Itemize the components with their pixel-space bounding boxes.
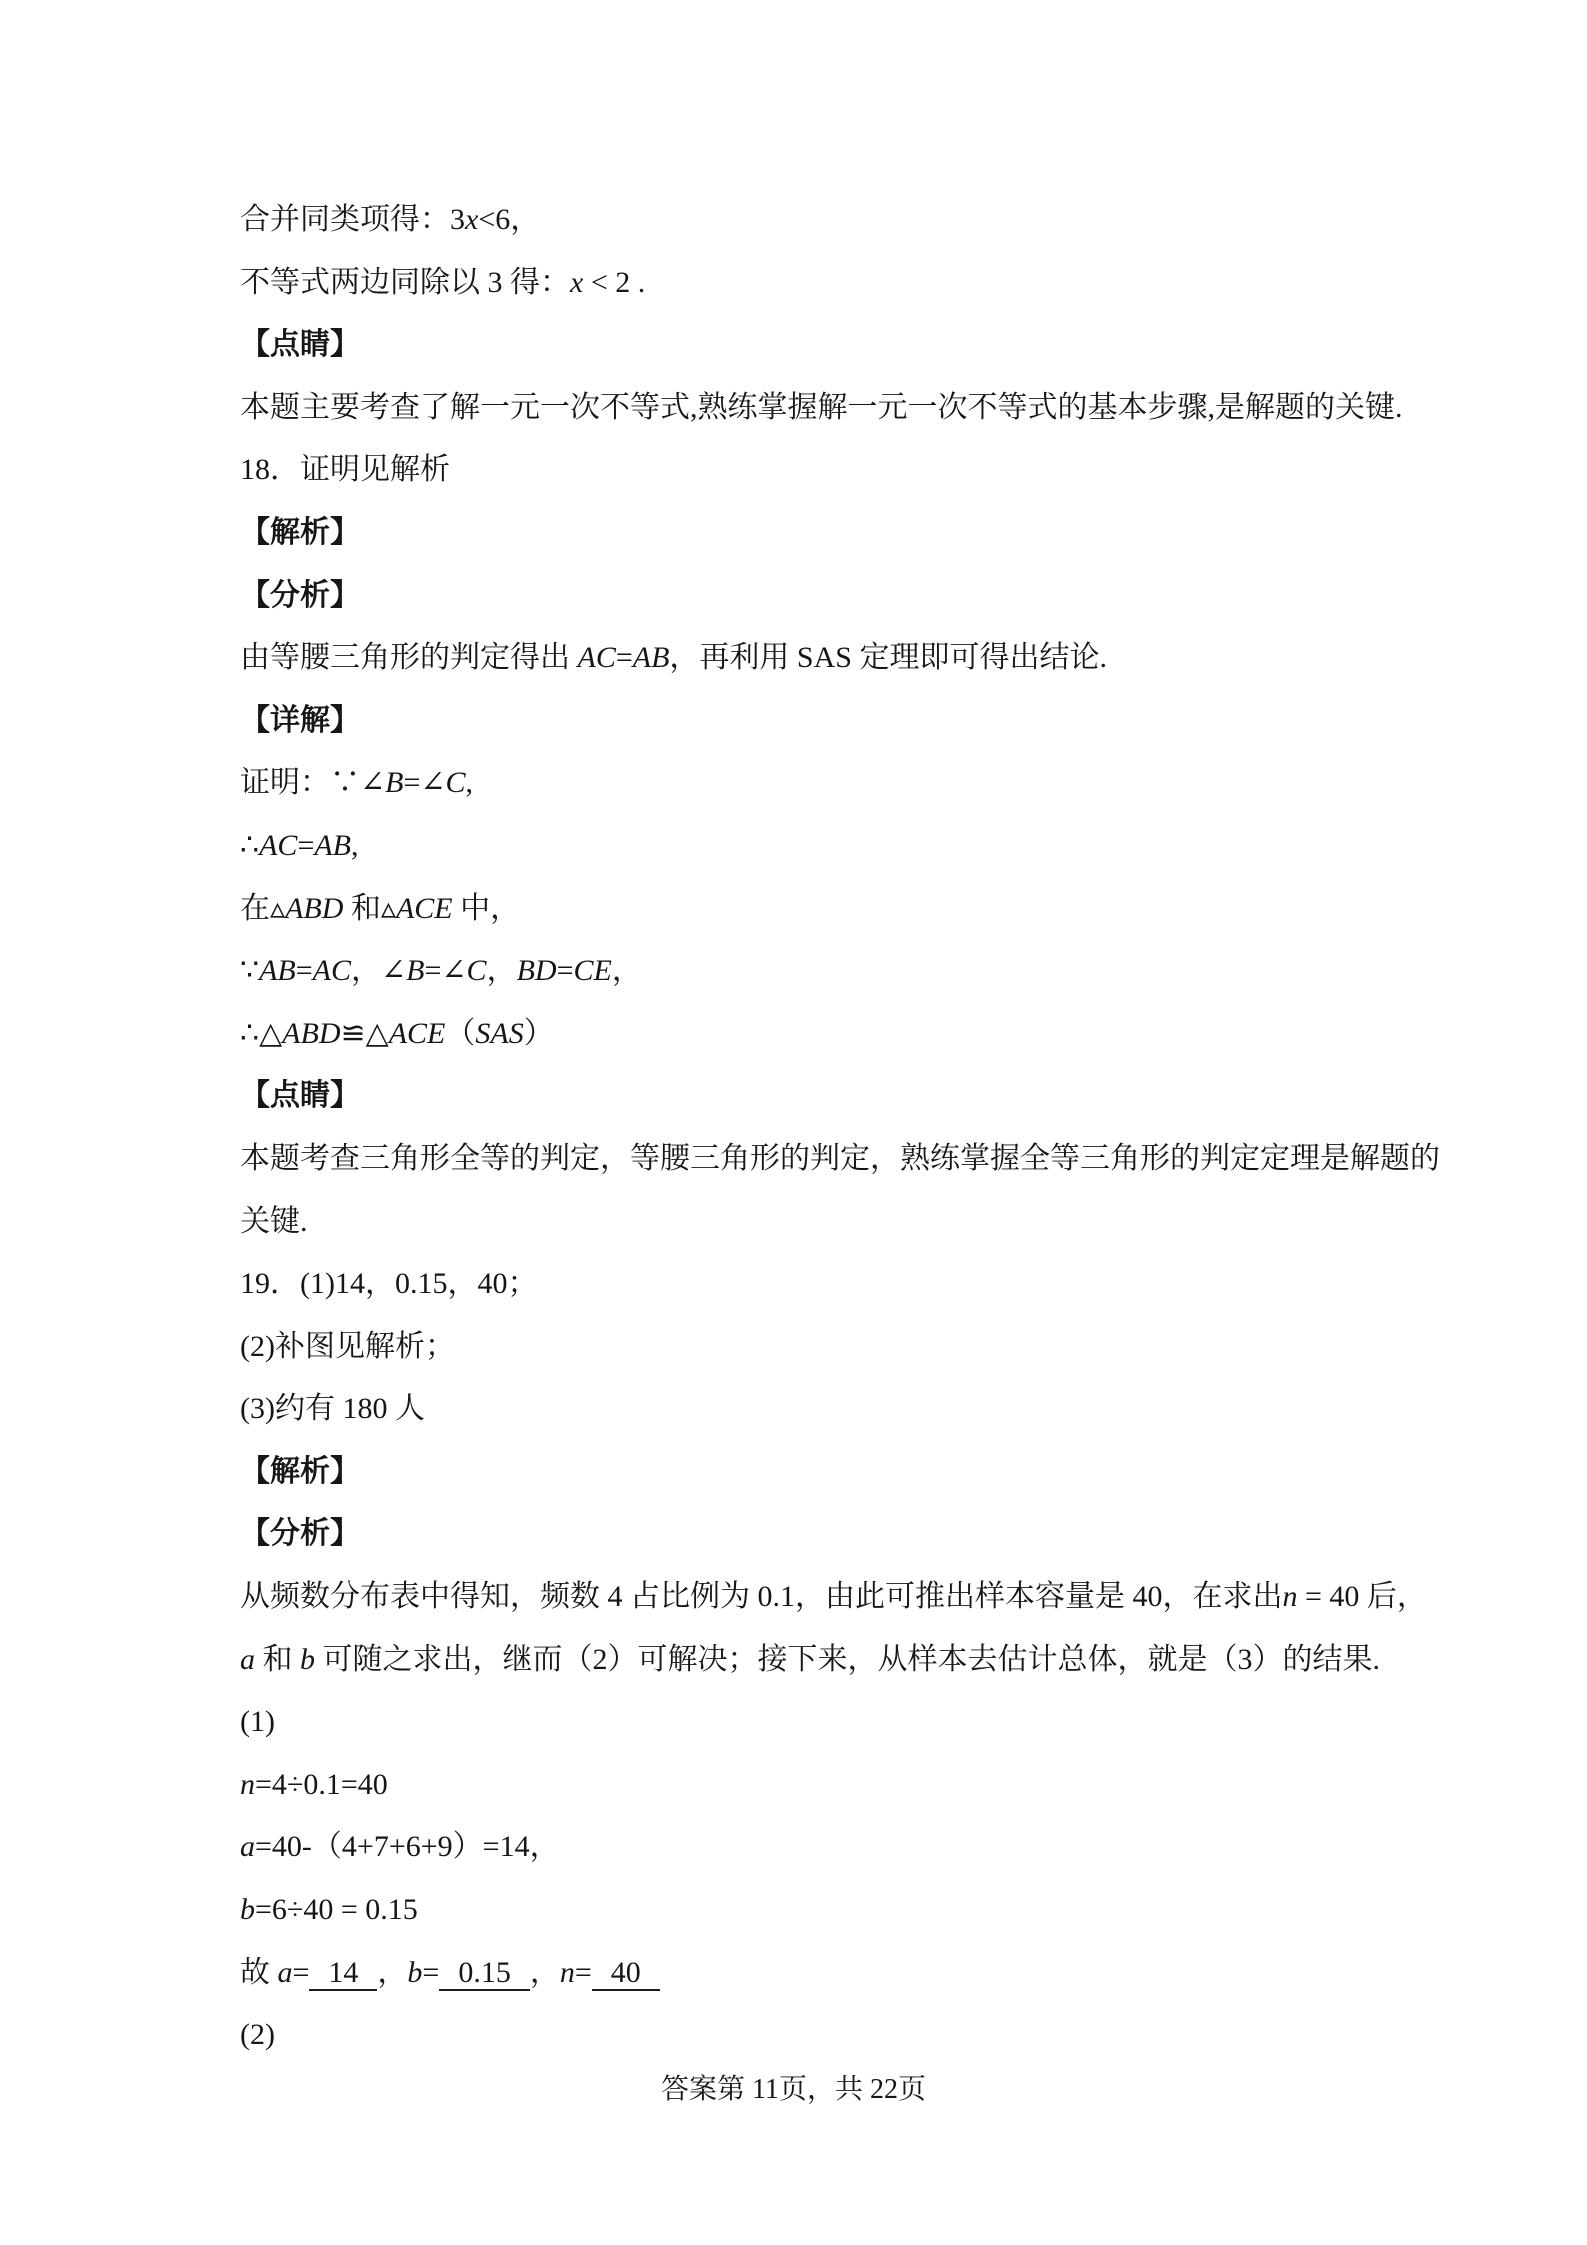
text-line: 19．(1)14，0.15，40； xyxy=(240,1253,1370,1316)
text-run: a xyxy=(240,1643,255,1676)
text-line: a 和 b 可随之求出，继而（2）可解决；接下来，从样本去估计总体，就是（3）的… xyxy=(240,1629,1370,1692)
text-run: =∠ xyxy=(424,954,466,987)
text-run: (1) xyxy=(240,1705,275,1738)
text-line: 【详解】 xyxy=(240,690,1370,753)
text-run: 由等腰三角形的判定得出 xyxy=(240,641,578,674)
page-footer: 答案第 11页，共 22页 xyxy=(0,2064,1587,2116)
text-run: 18．证明见解析 xyxy=(240,453,450,486)
text-run: ∵ xyxy=(240,954,259,987)
text-run: n xyxy=(560,1956,575,1989)
text-run: b xyxy=(407,1956,422,1989)
text-run: 【点睛】 xyxy=(240,328,360,361)
text-run: = xyxy=(293,1956,310,1989)
text-run: ∴ xyxy=(240,829,259,862)
text-run: 从频数分布表中得知，频数 4 占比例为 0.1，由此可推出样本容量是 40，在求… xyxy=(240,1580,1283,1613)
text-run: ，再利用 SAS 定理即可得出结论. xyxy=(669,641,1107,674)
text-run: 故 xyxy=(240,1956,278,1989)
text-run: 【解析】 xyxy=(240,1455,360,1488)
text-run: ， xyxy=(377,1956,407,1989)
text-run: 【分析】 xyxy=(240,579,360,612)
text-run: AB xyxy=(633,641,670,674)
text-run: C xyxy=(446,766,466,799)
text-line: 证明：∵∠B=∠C, xyxy=(240,752,1370,815)
text-run: b xyxy=(300,1643,315,1676)
text-line: (1) xyxy=(240,1691,1370,1754)
text-run: 【解析】 xyxy=(240,516,360,549)
answer-blank: 40 xyxy=(592,1956,660,1991)
text-run: (2)补图见解析； xyxy=(240,1330,455,1363)
text-run: (2) xyxy=(240,2018,275,2051)
text-run: =∠ xyxy=(403,766,445,799)
text-run: AB xyxy=(314,829,351,862)
text-run: AC xyxy=(313,954,351,987)
text-run: ∴△ xyxy=(240,1017,282,1050)
text-run: （ xyxy=(445,1017,475,1050)
text-run: 和 xyxy=(255,1643,300,1676)
text-line: 【点睛】 xyxy=(240,1065,1370,1128)
text-run: = xyxy=(296,954,313,987)
text-line: 【点睛】 xyxy=(240,314,1370,377)
document-page: 合并同类项得：3x<6，不等式两边同除以 3 得：x < 2 .【点睛】本题主要… xyxy=(0,0,1587,2245)
text-line: (3)约有 180 人 xyxy=(240,1378,1370,1441)
text-run: , xyxy=(351,829,359,862)
text-run: (3)约有 180 人 xyxy=(240,1392,425,1425)
text-line: (2) xyxy=(240,2004,1370,2067)
text-run: ACE xyxy=(389,1017,446,1050)
text-run: ，∠ xyxy=(351,954,406,987)
text-run: 合并同类项得：3 xyxy=(240,203,465,236)
text-line: ∴△ABD≌△ACE（SAS） xyxy=(240,1003,1370,1066)
answer-blank: 14 xyxy=(309,1956,377,1991)
text-run: ， xyxy=(530,1956,560,1989)
text-run: 本题考查三角形全等的判定，等腰三角形的判定，熟练掌握全等三角形的判定定理是解题的 xyxy=(240,1142,1440,1175)
text-line: b=6÷40 = 0.15 xyxy=(240,1879,1370,1942)
text-line: ∵AB=AC，∠B=∠C，BD=CE， xyxy=(240,940,1370,1003)
text-run: =4÷0.1=40 xyxy=(255,1768,388,1801)
text-run: < 2 . xyxy=(583,266,645,299)
text-run: a xyxy=(278,1956,293,1989)
text-run: CE xyxy=(573,954,611,987)
text-run: AC xyxy=(578,641,616,674)
text-line: n=4÷0.1=40 xyxy=(240,1754,1370,1817)
text-run: 【分析】 xyxy=(240,1517,360,1550)
text-run: ） xyxy=(524,1017,554,1050)
text-run: ， xyxy=(612,954,642,987)
text-run: BD xyxy=(517,954,557,987)
text-run: C xyxy=(467,954,487,987)
text-run: ≌△ xyxy=(341,1017,389,1050)
text-run: 关键. xyxy=(240,1205,308,1238)
text-run: SAS xyxy=(475,1017,523,1050)
text-line: 本题考查三角形全等的判定，等腰三角形的判定，熟练掌握全等三角形的判定定理是解题的 xyxy=(240,1128,1370,1191)
text-line: 18．证明见解析 xyxy=(240,439,1370,502)
text-run: 可随之求出，继而（2）可解决；接下来，从样本去估计总体，就是（3）的结果. xyxy=(315,1643,1380,1676)
text-run: ， xyxy=(487,954,517,987)
text-line: 【解析】 xyxy=(240,502,1370,565)
text-run: ACE xyxy=(396,892,453,925)
text-run: 本题主要考查了解一元一次不等式,熟练掌握解一元一次不等式的基本步骤,是解题的关键… xyxy=(240,391,1403,424)
text-run: b xyxy=(240,1893,255,1926)
text-run: <6， xyxy=(478,203,540,236)
text-run: 19．(1)14，0.15，40； xyxy=(240,1267,537,1300)
text-line: 【分析】 xyxy=(240,565,1370,628)
text-line: (2)补图见解析； xyxy=(240,1316,1370,1379)
text-run: x xyxy=(570,266,583,299)
text-run: 在▵ xyxy=(240,892,285,925)
text-line: ∴AC=AB, xyxy=(240,815,1370,878)
text-line: 故 a=14，b=0.15，n=40 xyxy=(240,1942,1370,2005)
text-line: 本题主要考查了解一元一次不等式,熟练掌握解一元一次不等式的基本步骤,是解题的关键… xyxy=(240,377,1370,440)
text-run: 中， xyxy=(453,892,521,925)
text-run: a xyxy=(240,1830,255,1863)
text-run: ABD xyxy=(282,1017,340,1050)
text-line: 由等腰三角形的判定得出 AC=AB，再利用 SAS 定理即可得出结论. xyxy=(240,627,1370,690)
text-run: =40-（4+7+6+9）=14， xyxy=(255,1830,560,1863)
text-run: , xyxy=(466,766,474,799)
text-run: =6÷40 = 0.15 xyxy=(255,1893,418,1926)
text-run: = xyxy=(575,1956,592,1989)
text-run: = 40 后， xyxy=(1298,1580,1427,1613)
text-run: 【详解】 xyxy=(240,704,360,737)
text-run: B xyxy=(406,954,424,987)
text-run: 和▵ xyxy=(343,892,396,925)
text-run: 不等式两边同除以 3 得： xyxy=(240,266,570,299)
text-run: 【点睛】 xyxy=(240,1079,360,1112)
text-line: 从频数分布表中得知，频数 4 占比例为 0.1，由此可推出样本容量是 40，在求… xyxy=(240,1566,1370,1629)
document-body: 合并同类项得：3x<6，不等式两边同除以 3 得：x < 2 .【点睛】本题主要… xyxy=(240,189,1370,2067)
text-line: 关键. xyxy=(240,1191,1370,1254)
text-line: 合并同类项得：3x<6， xyxy=(240,189,1370,252)
text-run: = xyxy=(557,954,574,987)
text-line: 【分析】 xyxy=(240,1503,1370,1566)
text-run: = xyxy=(616,641,633,674)
text-line: 【解析】 xyxy=(240,1441,1370,1504)
text-run: n xyxy=(1283,1580,1298,1613)
text-run: B xyxy=(385,766,403,799)
answer-blank: 0.15 xyxy=(439,1956,530,1991)
text-line: 在▵ABD 和▵ACE 中， xyxy=(240,878,1370,941)
text-run: AC xyxy=(259,829,297,862)
text-run: 证明：∵∠ xyxy=(240,766,385,799)
text-run: AB xyxy=(259,954,296,987)
text-line: a=40-（4+7+6+9）=14， xyxy=(240,1816,1370,1879)
text-line: 不等式两边同除以 3 得：x < 2 . xyxy=(240,252,1370,315)
text-run: = xyxy=(297,829,314,862)
text-run: x xyxy=(465,203,478,236)
text-run: ABD xyxy=(285,892,343,925)
text-run: n xyxy=(240,1768,255,1801)
text-run: = xyxy=(422,1956,439,1989)
